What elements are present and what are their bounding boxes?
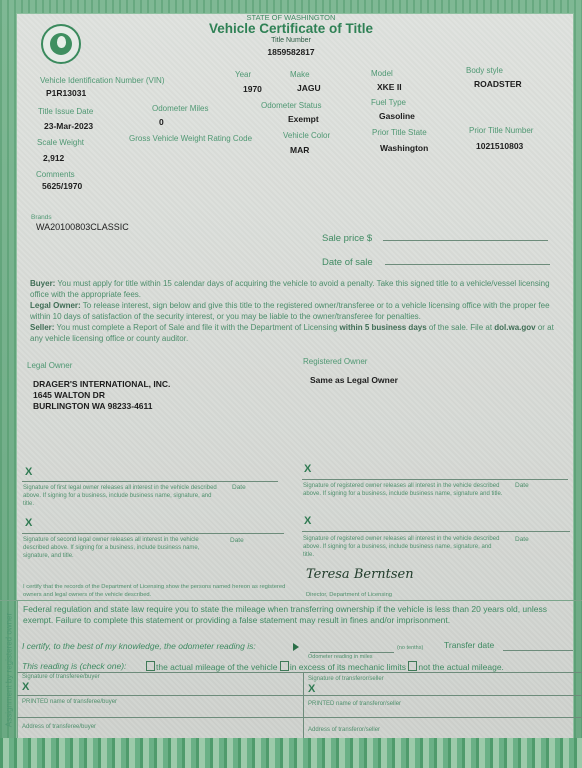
legal-owner-notice: Legal Owner: To release interest, sign b…: [30, 300, 560, 322]
seller-deadline: within 5 business days: [340, 323, 427, 332]
sale-price-field[interactable]: [383, 240, 548, 241]
dol-website-link[interactable]: dol.wa.gov: [494, 323, 535, 332]
director-title: Director, Department of Licensing: [306, 591, 392, 599]
title-number-label: Title Number: [0, 37, 582, 44]
seller-notice: Seller: You must complete a Report of Sa…: [30, 322, 560, 344]
document-title: Vehicle Certificate of Title: [0, 21, 582, 36]
seller-signature-field[interactable]: [304, 673, 582, 695]
legal-owner-label: Legal Owner: [27, 361, 72, 370]
scale-weight-value: 2,912: [43, 153, 64, 163]
second-legal-signature-caption: Signature of second legal owner releases…: [23, 536, 223, 560]
sale-date-label: Date of sale: [322, 257, 373, 268]
registered-signature-field-1[interactable]: [302, 479, 568, 480]
registered-owner-value: Same as Legal Owner: [310, 375, 398, 386]
prior-title-number-value: 1021510803: [476, 141, 523, 151]
check-one-prompt: This reading is (check one):: [22, 661, 126, 671]
registered-owner-label: Registered Owner: [303, 357, 367, 366]
issue-date-value: 23-Mar-2023: [44, 121, 93, 131]
odometer-miles-label: Odometer Miles: [152, 104, 208, 113]
model-label: Model: [371, 69, 393, 78]
buyer-printed-name-field[interactable]: [17, 696, 303, 717]
registered-signature-caption-2: Signature of registered owner releases a…: [303, 535, 503, 559]
make-label: Make: [290, 70, 310, 79]
registered-date-label-1: Date: [515, 482, 529, 489]
security-border-bottom: [0, 738, 582, 768]
gvwr-label: Gross Vehicle Weight Rating Code: [129, 134, 252, 143]
prior-title-state-label: Prior Title State: [372, 128, 427, 137]
prior-title-state-value: Washington: [380, 143, 428, 153]
odometer-reading-field[interactable]: [310, 652, 394, 653]
title-number: 1859582817: [0, 47, 582, 57]
seller-notice-text-2: of the sale. File at: [427, 323, 495, 332]
buyer-signature-field[interactable]: [17, 673, 303, 695]
federal-odometer-notice: Federal regulation and state law require…: [23, 604, 578, 626]
seller-notice-text: You must complete a Report of Sale and f…: [54, 323, 339, 332]
issue-date-label: Title Issue Date: [38, 107, 93, 116]
excess-mileage-label: in excess of its mechanic limits: [290, 662, 406, 672]
make-value: JAGU: [297, 83, 321, 93]
not-actual-mileage-checkbox[interactable]: [408, 661, 417, 671]
second-legal-date-label: Date: [230, 537, 244, 544]
second-legal-signature-mark: X: [25, 517, 32, 529]
mileage-options: the actual mileage of the vehicle in exc…: [146, 661, 504, 672]
fuel-type-value: Gasoline: [379, 111, 415, 121]
director-signature: Teresa Berntsen: [306, 567, 414, 582]
body-style-label: Body style: [466, 66, 503, 75]
buyer-address-field[interactable]: [17, 718, 303, 739]
first-legal-signature-mark: X: [25, 466, 32, 478]
assignment-side-text: Assignment by registered owner: [4, 612, 13, 726]
second-legal-signature-field[interactable]: [22, 533, 284, 534]
registered-signature-mark-1: X: [304, 463, 311, 475]
year-label: Year: [235, 70, 251, 79]
odometer-reading-caption: Odometer reading in miles: [308, 654, 373, 660]
buyer-notice: Buyer: You must apply for title within 1…: [30, 278, 560, 300]
comments-value: 5625/1970: [42, 181, 82, 191]
first-legal-date-label: Date: [232, 484, 246, 491]
instructions-block: Buyer: You must apply for title within 1…: [30, 278, 560, 344]
first-legal-signature-field[interactable]: [22, 481, 278, 482]
odometer-status-label: Odometer Status: [261, 101, 321, 110]
prior-title-number-label: Prior Title Number: [469, 126, 533, 135]
assignment-divider: [0, 600, 582, 601]
scale-weight-label: Scale Weight: [37, 138, 84, 147]
arrow-right-icon: [293, 643, 299, 651]
actual-mileage-label: the actual mileage of the vehicle: [156, 662, 277, 672]
buyer-notice-label: Buyer:: [30, 279, 55, 288]
transfer-date-field[interactable]: [503, 650, 573, 651]
actual-mileage-checkbox[interactable]: [146, 661, 155, 671]
sale-price-label: Sale price $: [322, 233, 372, 244]
assignment-side-label: Assignment by registered owner: [0, 601, 18, 738]
buyer-notice-text: You must apply for title within 15 calen…: [30, 279, 550, 299]
dol-certification-text: I certify that the records of the Depart…: [23, 583, 293, 599]
sale-date-field[interactable]: [385, 264, 550, 265]
registered-signature-caption-1: Signature of registered owner releases a…: [303, 482, 503, 498]
legal-owner-address: DRAGER'S INTERNATIONAL, INC. 1645 WALTON…: [33, 379, 170, 412]
legal-owner-city: BURLINGTON WA 98233-4611: [33, 401, 170, 412]
not-actual-mileage-label: not the actual mileage.: [418, 662, 504, 672]
first-legal-signature-caption: Signature of first legal owner releases …: [23, 484, 223, 508]
model-value: XKE II: [377, 82, 402, 92]
odometer-miles-value: 0: [159, 117, 164, 127]
registered-signature-field-2[interactable]: [302, 531, 570, 532]
brands-label: Brands: [31, 214, 52, 221]
vehicle-color-label: Vehicle Color: [283, 131, 330, 140]
legal-owner-street: 1645 WALTON DR: [33, 390, 170, 401]
body-style-value: ROADSTER: [474, 79, 522, 89]
year-value: 1970: [243, 84, 262, 94]
legal-owner-notice-text: To release interest, sign below and give…: [30, 301, 550, 321]
brands-value: WA20100803CLASSIC: [36, 222, 129, 232]
comments-label: Comments: [36, 170, 75, 179]
fuel-type-label: Fuel Type: [371, 98, 406, 107]
transfer-signature-grid: Signature of transferee/buyer X Signatur…: [17, 672, 582, 739]
legal-owner-notice-label: Legal Owner:: [30, 301, 81, 310]
seller-address-field[interactable]: [304, 718, 582, 739]
seller-printed-name-field[interactable]: [304, 696, 582, 717]
odometer-status-value: Exempt: [288, 114, 319, 124]
seller-notice-label: Seller:: [30, 323, 54, 332]
vin-value: P1R13031: [46, 88, 86, 98]
vehicle-color-value: MAR: [290, 145, 309, 155]
registered-signature-mark-2: X: [304, 515, 311, 527]
transfer-date-label: Transfer date: [444, 640, 494, 650]
registered-date-label-2: Date: [515, 536, 529, 543]
legal-owner-name: DRAGER'S INTERNATIONAL, INC.: [33, 379, 170, 390]
no-tenths-label: (no tenths): [397, 645, 423, 651]
odometer-certify-text: I certify, to the best of my knowledge, …: [22, 641, 256, 651]
vin-label: Vehicle Identification Number (VIN): [40, 76, 165, 85]
excess-mileage-checkbox[interactable]: [280, 661, 289, 671]
